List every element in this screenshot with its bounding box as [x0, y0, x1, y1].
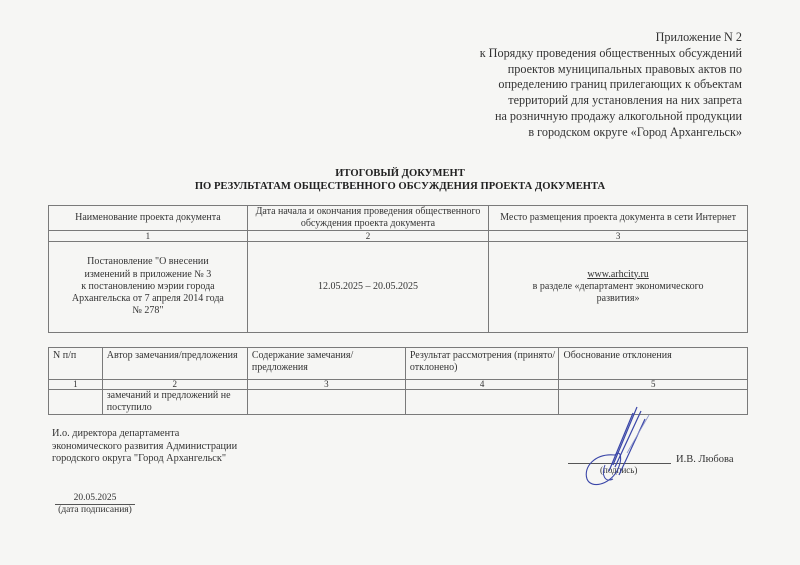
project-name-line: Архангельска от 7 апреля 2014 года [51, 293, 245, 305]
project-name-line: изменений в приложение № 3 [51, 269, 245, 281]
appendix-line: проектов муниципальных правовых актов по [480, 62, 742, 78]
author-cell: замечаний и предложений не поступило [102, 390, 247, 415]
column-number: 2 [102, 380, 247, 390]
position-line: экономического развития Администрации [52, 441, 237, 454]
project-info-table: Наименование проекта документа Дата нача… [48, 205, 748, 333]
appendix-header: Приложение N 2 к Порядку проведения обще… [480, 30, 742, 141]
header-discussion-dates: Дата начала и окончания проведения общес… [247, 206, 488, 231]
project-name-line: № 278" [51, 305, 245, 317]
header-project-name: Наименование проекта документа [49, 206, 248, 231]
appendix-line: в городском округе «Город Архангельск» [480, 125, 742, 141]
signatory-position: И.о. директора департамента экономическо… [52, 428, 237, 466]
table-row: Постановление "О внесении изменений в пр… [49, 242, 748, 333]
column-number-row: 1 2 3 [49, 231, 748, 242]
header-author: Автор замечания/предложения [102, 348, 247, 380]
result-cell [405, 390, 559, 415]
publication-place-cell: www.arhcity.ru в разделе «департамент эк… [489, 242, 748, 333]
handwritten-signature-icon [575, 405, 655, 490]
column-number-row: 1 2 3 4 5 [49, 380, 748, 390]
title-line-1: ИТОГОВЫЙ ДОКУМЕНТ [0, 168, 800, 181]
header-publication-place: Место размещения проекта документа в сет… [489, 206, 748, 231]
position-line: городского округа "Город Архангельск" [52, 453, 237, 466]
website-link[interactable]: www.arhcity.ru [587, 269, 648, 280]
signing-date-caption: (дата подписания) [55, 505, 135, 516]
discussion-dates-cell: 12.05.2025 – 20.05.2025 [247, 242, 488, 333]
position-line: И.о. директора департамента [52, 428, 237, 441]
title-line-2: ПО РЕЗУЛЬТАТАМ ОБЩЕСТВЕННОГО ОБСУЖДЕНИЯ … [0, 181, 800, 194]
column-number: 3 [247, 380, 405, 390]
appendix-line: к Порядку проведения общественных обсужд… [480, 46, 742, 62]
column-number: 4 [405, 380, 559, 390]
header-result: Результат рассмотрения (принято/отклонен… [405, 348, 559, 380]
header-rejection-reason: Обоснование отклонения [559, 348, 748, 380]
content-cell [247, 390, 405, 415]
column-number: 1 [49, 231, 248, 242]
document-title: ИТОГОВЫЙ ДОКУМЕНТ ПО РЕЗУЛЬТАТАМ ОБЩЕСТВ… [0, 168, 800, 193]
number-cell [49, 390, 103, 415]
header-number: N п/п [49, 348, 103, 380]
column-number: 3 [489, 231, 748, 242]
appendix-line: на розничную продажу алкогольной продукц… [480, 109, 742, 125]
column-number: 2 [247, 231, 488, 242]
table-header-row: N п/п Автор замечания/предложения Содерж… [49, 348, 748, 380]
project-name-cell: Постановление "О внесении изменений в пр… [49, 242, 248, 333]
place-line: развития» [491, 293, 745, 305]
document-page: Приложение N 2 к Порядку проведения обще… [0, 0, 800, 565]
appendix-line: Приложение N 2 [480, 30, 742, 46]
header-content: Содержание замечания/предложения [247, 348, 405, 380]
signing-date: 20.05.2025 [55, 493, 135, 505]
appendix-line: определению границ прилегающих к объекта… [480, 77, 742, 93]
project-name-line: Постановление "О внесении [51, 256, 245, 268]
column-number: 1 [49, 380, 103, 390]
signatory-name: И.В. Любова [676, 454, 734, 465]
appendix-line: территорий для установления на них запре… [480, 93, 742, 109]
signing-date-block: 20.05.2025 (дата подписания) [55, 493, 135, 516]
table-header-row: Наименование проекта документа Дата нача… [49, 206, 748, 231]
project-name-line: к постановлению мэрии города [51, 281, 245, 293]
place-line: в разделе «департамент экономического [491, 281, 745, 293]
column-number: 5 [559, 380, 748, 390]
